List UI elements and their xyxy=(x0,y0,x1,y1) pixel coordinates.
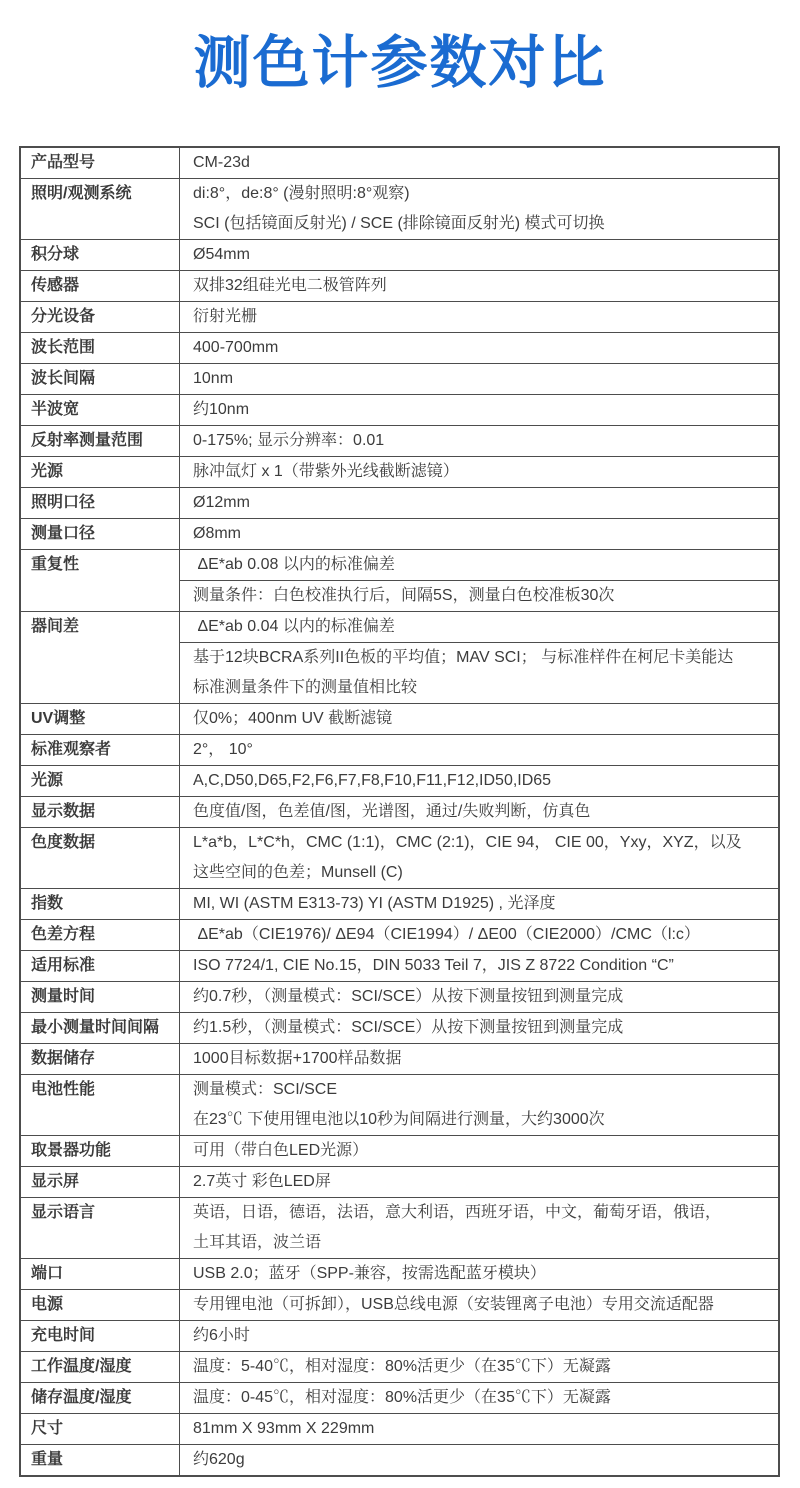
spec-value-line: 约6小时 xyxy=(180,1321,778,1351)
spec-value-cell: 双排32组硅光电二极管阵列 xyxy=(180,271,778,301)
spec-label: 反射率测量范围 xyxy=(21,426,180,456)
spec-value-line: 专用锂电池（可拆卸），USB总线电源（安装锂离子电池）专用交流适配器 xyxy=(180,1290,778,1320)
spec-value-line: L*a*b，L*C*h，CMC (1:1)，CMC (2:1)，CIE 94， … xyxy=(180,828,778,858)
spec-value-line: MI, WI (ASTM E313-73) YI (ASTM D1925) , … xyxy=(180,889,778,919)
spec-row: 测量时间约0.7秒，（测量模式：SCI/SCE）从按下测量按钮到测量完成 xyxy=(21,982,778,1013)
spec-label: 半波宽 xyxy=(21,395,180,425)
spec-value-line: 约10nm xyxy=(180,395,778,425)
spec-label: 色差方程 xyxy=(21,920,180,950)
spec-value-group: 仅0%；400nm UV 截断滤镜 xyxy=(180,704,778,734)
spec-value-line: Ø8mm xyxy=(180,519,778,549)
spec-value-line: ΔE*ab（CIE1976)/ ΔE94（CIE1994）/ ΔE00（CIE2… xyxy=(180,920,778,950)
spec-row: 显示语言英语，日语，德语，法语，意大利语，西班牙语，中文，葡萄牙语，俄语，土耳其… xyxy=(21,1198,778,1259)
spec-row: 积分球Ø54mm xyxy=(21,240,778,271)
spec-row: 取景器功能可用（带白色LED光源） xyxy=(21,1136,778,1167)
spec-value-group: L*a*b，L*C*h，CMC (1:1)，CMC (2:1)，CIE 94， … xyxy=(180,828,778,888)
spec-value-group: 可用（带白色LED光源） xyxy=(180,1136,778,1166)
spec-value-group: 色度值/图，色差值/图，光谱图，通过/失败判断，仿真色 xyxy=(180,797,778,827)
spec-value-line: 2°， 10° xyxy=(180,735,778,765)
spec-label: 波长间隔 xyxy=(21,364,180,394)
spec-row: 测量口径Ø8mm xyxy=(21,519,778,550)
spec-table: 产品型号CM-23d照明/观测系统di:8°，de:8° (漫射照明:8°观察)… xyxy=(19,146,780,1477)
spec-value-cell: 10nm xyxy=(180,364,778,394)
spec-value-group: 10nm xyxy=(180,364,778,394)
spec-value-cell: 专用锂电池（可拆卸），USB总线电源（安装锂离子电池）专用交流适配器 xyxy=(180,1290,778,1320)
spec-value-group: Ø8mm xyxy=(180,519,778,549)
spec-value-line: A,C,D50,D65,F2,F6,F7,F8,F10,F11,F12,ID50… xyxy=(180,766,778,796)
spec-row: 分光设备衍射光栅 xyxy=(21,302,778,333)
spec-value-line: 标准测量条件下的测量值相比较 xyxy=(180,673,778,703)
spec-label: 电池性能 xyxy=(21,1075,180,1135)
spec-value-cell: 2.7英寸 彩色LED屏 xyxy=(180,1167,778,1197)
spec-value-group: 1000目标数据+1700样品数据 xyxy=(180,1044,778,1074)
spec-value-line: 约1.5秒，（测量模式：SCI/SCE）从按下测量按钮到测量完成 xyxy=(180,1013,778,1043)
spec-value-line: 可用（带白色LED光源） xyxy=(180,1136,778,1166)
spec-value-line: 脉冲氙灯 x 1（带紫外光线截断滤镜） xyxy=(180,457,778,487)
spec-value-line: CM-23d xyxy=(180,148,778,178)
spec-label: 产品型号 xyxy=(21,148,180,178)
spec-value-cell: 可用（带白色LED光源） xyxy=(180,1136,778,1166)
spec-value-cell: CM-23d xyxy=(180,148,778,178)
spec-value-group: 400-700mm xyxy=(180,333,778,363)
spec-value-cell: 测量条件：白色校准执行后，间隔5S，测量白色校准板30次 xyxy=(180,581,778,611)
spec-value-cell: 400-700mm xyxy=(180,333,778,363)
spec-value-cell: 测量模式：SCI/SCE在23℃ 下使用锂电池以10秒为间隔进行测量，大约300… xyxy=(180,1075,778,1135)
spec-row: 照明/观测系统di:8°，de:8° (漫射照明:8°观察)SCI (包括镜面反… xyxy=(21,179,778,240)
spec-value-cell: L*a*b，L*C*h，CMC (1:1)，CMC (2:1)，CIE 94， … xyxy=(180,828,778,888)
spec-value-cell: di:8°，de:8° (漫射照明:8°观察)SCI (包括镜面反射光) / S… xyxy=(180,179,778,239)
spec-value-group: ΔE*ab（CIE1976)/ ΔE94（CIE1994）/ ΔE00（CIE2… xyxy=(180,920,778,950)
spec-value-cell: 81mm X 93mm X 229mm xyxy=(180,1414,778,1444)
spec-row: 数据储存1000目标数据+1700样品数据 xyxy=(21,1044,778,1075)
spec-value-cell: 温度：0-45℃，相对湿度：80%活更少（在35℃下）无凝露 xyxy=(180,1383,778,1413)
spec-label: 光源 xyxy=(21,766,180,796)
spec-value-line: SCI (包括镜面反射光) / SCE (排除镜面反射光) 模式可切换 xyxy=(180,209,778,239)
spec-row: UV调整仅0%；400nm UV 截断滤镜 xyxy=(21,704,778,735)
spec-value-line: 土耳其语，波兰语 xyxy=(180,1228,778,1258)
spec-label: 色度数据 xyxy=(21,828,180,888)
spec-value-cell: USB 2.0；蓝牙（SPP-兼容，按需选配蓝牙模块） xyxy=(180,1259,778,1289)
spec-value-line: 仅0%；400nm UV 截断滤镜 xyxy=(180,704,778,734)
spec-value-cell: 仅0%；400nm UV 截断滤镜 xyxy=(180,704,778,734)
spec-label: 尺寸 xyxy=(21,1414,180,1444)
spec-value-group: 衍射光栅 xyxy=(180,302,778,332)
spec-value-line: Ø12mm xyxy=(180,488,778,518)
spec-value-group: 约0.7秒，（测量模式：SCI/SCE）从按下测量按钮到测量完成 xyxy=(180,982,778,1012)
spec-row: 产品型号CM-23d xyxy=(21,148,778,179)
spec-value-cell: 约6小时 xyxy=(180,1321,778,1351)
spec-value-line: 400-700mm xyxy=(180,333,778,363)
spec-label: 波长范围 xyxy=(21,333,180,363)
spec-value-group: 约620g xyxy=(180,1445,778,1475)
spec-value-group: USB 2.0；蓝牙（SPP-兼容，按需选配蓝牙模块） xyxy=(180,1259,778,1289)
spec-label: 显示屏 xyxy=(21,1167,180,1197)
spec-value-cell: 基于12块BCRA系列II色板的平均值；MAV SCI； 与标准样件在柯尼卡美能… xyxy=(180,643,778,703)
spec-value-line: 英语，日语，德语，法语，意大利语，西班牙语，中文，葡萄牙语，俄语， xyxy=(180,1198,778,1228)
spec-value-line: 81mm X 93mm X 229mm xyxy=(180,1414,778,1444)
spec-label: 测量口径 xyxy=(21,519,180,549)
spec-value-group: ΔE*ab 0.08 以内的标准偏差测量条件：白色校准执行后，间隔5S，测量白色… xyxy=(180,550,778,611)
spec-label: 储存温度/湿度 xyxy=(21,1383,180,1413)
spec-value-group: 2.7英寸 彩色LED屏 xyxy=(180,1167,778,1197)
spec-label: 积分球 xyxy=(21,240,180,270)
spec-label: 测量时间 xyxy=(21,982,180,1012)
spec-value-cell: Ø8mm xyxy=(180,519,778,549)
spec-row: 光源脉冲氙灯 x 1（带紫外光线截断滤镜） xyxy=(21,457,778,488)
spec-value-cell: 约0.7秒，（测量模式：SCI/SCE）从按下测量按钮到测量完成 xyxy=(180,982,778,1012)
spec-value-cell: 1000目标数据+1700样品数据 xyxy=(180,1044,778,1074)
spec-value-line: 衍射光栅 xyxy=(180,302,778,332)
spec-row: 工作温度/湿度温度：5-40℃，相对湿度：80%活更少（在35℃下）无凝露 xyxy=(21,1352,778,1383)
spec-row: 器间差 ΔE*ab 0.04 以内的标准偏差基于12块BCRA系列II色板的平均… xyxy=(21,612,778,704)
spec-value-line: 温度：5-40℃，相对湿度：80%活更少（在35℃下）无凝露 xyxy=(180,1352,778,1382)
spec-value-line: 在23℃ 下使用锂电池以10秒为间隔进行测量，大约3000次 xyxy=(180,1105,778,1135)
page-title: 测色计参数对比 xyxy=(0,0,800,96)
spec-value-group: Ø54mm xyxy=(180,240,778,270)
spec-value-group: 81mm X 93mm X 229mm xyxy=(180,1414,778,1444)
spec-value-group: ΔE*ab 0.04 以内的标准偏差基于12块BCRA系列II色板的平均值；MA… xyxy=(180,612,778,703)
spec-label: 标准观察者 xyxy=(21,735,180,765)
spec-value-cell: Ø12mm xyxy=(180,488,778,518)
spec-label: 取景器功能 xyxy=(21,1136,180,1166)
spec-label: 工作温度/湿度 xyxy=(21,1352,180,1382)
spec-row: 电池性能测量模式：SCI/SCE在23℃ 下使用锂电池以10秒为间隔进行测量，大… xyxy=(21,1075,778,1136)
spec-label: 分光设备 xyxy=(21,302,180,332)
spec-value-group: 英语，日语，德语，法语，意大利语，西班牙语，中文，葡萄牙语，俄语，土耳其语，波兰… xyxy=(180,1198,778,1258)
spec-label: 传感器 xyxy=(21,271,180,301)
spec-label: 电源 xyxy=(21,1290,180,1320)
spec-value-group: 约1.5秒，（测量模式：SCI/SCE）从按下测量按钮到测量完成 xyxy=(180,1013,778,1043)
spec-value-line: 1000目标数据+1700样品数据 xyxy=(180,1044,778,1074)
spec-value-line: 色度值/图，色差值/图，光谱图，通过/失败判断，仿真色 xyxy=(180,797,778,827)
spec-value-line: 2.7英寸 彩色LED屏 xyxy=(180,1167,778,1197)
spec-value-cell: ΔE*ab 0.04 以内的标准偏差 xyxy=(180,612,778,643)
spec-label: 照明/观测系统 xyxy=(21,179,180,239)
spec-row: 最小测量时间间隔约1.5秒，（测量模式：SCI/SCE）从按下测量按钮到测量完成 xyxy=(21,1013,778,1044)
spec-value-group: di:8°，de:8° (漫射照明:8°观察)SCI (包括镜面反射光) / S… xyxy=(180,179,778,239)
spec-label: 最小测量时间间隔 xyxy=(21,1013,180,1043)
spec-value-group: A,C,D50,D65,F2,F6,F7,F8,F10,F11,F12,ID50… xyxy=(180,766,778,796)
spec-value-line: 测量条件：白色校准执行后，间隔5S，测量白色校准板30次 xyxy=(180,581,778,611)
spec-label: 重复性 xyxy=(21,550,180,611)
spec-row: 标准观察者2°， 10° xyxy=(21,735,778,766)
spec-row: 重复性 ΔE*ab 0.08 以内的标准偏差测量条件：白色校准执行后，间隔5S，… xyxy=(21,550,778,612)
spec-label: UV调整 xyxy=(21,704,180,734)
spec-value-line: 测量模式：SCI/SCE xyxy=(180,1075,778,1105)
spec-value-line: 约620g xyxy=(180,1445,778,1475)
spec-row: 波长范围400-700mm xyxy=(21,333,778,364)
spec-value-group: 测量模式：SCI/SCE在23℃ 下使用锂电池以10秒为间隔进行测量，大约300… xyxy=(180,1075,778,1135)
spec-value-group: 0-175%; 显示分辨率：0.01 xyxy=(180,426,778,456)
spec-label: 指数 xyxy=(21,889,180,919)
spec-value-line: 温度：0-45℃，相对湿度：80%活更少（在35℃下）无凝露 xyxy=(180,1383,778,1413)
spec-value-cell: ISO 7724/1, CIE No.15，DIN 5033 Teil 7，JI… xyxy=(180,951,778,981)
spec-row: 色度数据L*a*b，L*C*h，CMC (1:1)，CMC (2:1)，CIE … xyxy=(21,828,778,889)
spec-row: 储存温度/湿度温度：0-45℃，相对湿度：80%活更少（在35℃下）无凝露 xyxy=(21,1383,778,1414)
spec-row: 照明口径Ø12mm xyxy=(21,488,778,519)
spec-row: 适用标准ISO 7724/1, CIE No.15，DIN 5033 Teil … xyxy=(21,951,778,982)
spec-value-group: ISO 7724/1, CIE No.15，DIN 5033 Teil 7，JI… xyxy=(180,951,778,981)
spec-value-cell: MI, WI (ASTM E313-73) YI (ASTM D1925) , … xyxy=(180,889,778,919)
spec-row: 传感器双排32组硅光电二极管阵列 xyxy=(21,271,778,302)
spec-value-group: 2°， 10° xyxy=(180,735,778,765)
spec-value-cell: 脉冲氙灯 x 1（带紫外光线截断滤镜） xyxy=(180,457,778,487)
spec-row: 半波宽约10nm xyxy=(21,395,778,426)
spec-value-group: MI, WI (ASTM E313-73) YI (ASTM D1925) , … xyxy=(180,889,778,919)
spec-value-group: 专用锂电池（可拆卸），USB总线电源（安装锂离子电池）专用交流适配器 xyxy=(180,1290,778,1320)
spec-value-cell: Ø54mm xyxy=(180,240,778,270)
spec-value-line: ISO 7724/1, CIE No.15，DIN 5033 Teil 7，JI… xyxy=(180,951,778,981)
spec-value-cell: 约1.5秒，（测量模式：SCI/SCE）从按下测量按钮到测量完成 xyxy=(180,1013,778,1043)
spec-row: 充电时间约6小时 xyxy=(21,1321,778,1352)
spec-value-line: ΔE*ab 0.08 以内的标准偏差 xyxy=(180,550,778,580)
spec-value-group: 约10nm xyxy=(180,395,778,425)
spec-row: 指数MI, WI (ASTM E313-73) YI (ASTM D1925) … xyxy=(21,889,778,920)
spec-label: 照明口径 xyxy=(21,488,180,518)
spec-value-cell: ΔE*ab（CIE1976)/ ΔE94（CIE1994）/ ΔE00（CIE2… xyxy=(180,920,778,950)
spec-value-group: 温度：0-45℃，相对湿度：80%活更少（在35℃下）无凝露 xyxy=(180,1383,778,1413)
spec-value-group: 脉冲氙灯 x 1（带紫外光线截断滤镜） xyxy=(180,457,778,487)
spec-row: 重量约620g xyxy=(21,1445,778,1475)
spec-value-line: di:8°，de:8° (漫射照明:8°观察) xyxy=(180,179,778,209)
spec-row: 尺寸81mm X 93mm X 229mm xyxy=(21,1414,778,1445)
spec-value-group: CM-23d xyxy=(180,148,778,178)
spec-value-line: 约0.7秒，（测量模式：SCI/SCE）从按下测量按钮到测量完成 xyxy=(180,982,778,1012)
spec-value-group: 双排32组硅光电二极管阵列 xyxy=(180,271,778,301)
spec-value-line: 基于12块BCRA系列II色板的平均值；MAV SCI； 与标准样件在柯尼卡美能… xyxy=(180,643,778,673)
spec-value-cell: 约620g xyxy=(180,1445,778,1475)
spec-value-cell: 0-175%; 显示分辨率：0.01 xyxy=(180,426,778,456)
spec-row: 光源A,C,D50,D65,F2,F6,F7,F8,F10,F11,F12,ID… xyxy=(21,766,778,797)
spec-value-line: USB 2.0；蓝牙（SPP-兼容，按需选配蓝牙模块） xyxy=(180,1259,778,1289)
spec-value-line: ΔE*ab 0.04 以内的标准偏差 xyxy=(180,612,778,642)
spec-label: 重量 xyxy=(21,1445,180,1475)
spec-label: 充电时间 xyxy=(21,1321,180,1351)
spec-value-line: Ø54mm xyxy=(180,240,778,270)
spec-row: 显示数据色度值/图，色差值/图，光谱图，通过/失败判断，仿真色 xyxy=(21,797,778,828)
spec-value-cell: 温度：5-40℃，相对湿度：80%活更少（在35℃下）无凝露 xyxy=(180,1352,778,1382)
spec-label: 端口 xyxy=(21,1259,180,1289)
spec-label: 光源 xyxy=(21,457,180,487)
spec-value-group: Ø12mm xyxy=(180,488,778,518)
spec-value-cell: 约10nm xyxy=(180,395,778,425)
spec-value-cell: ΔE*ab 0.08 以内的标准偏差 xyxy=(180,550,778,581)
spec-label: 显示数据 xyxy=(21,797,180,827)
spec-row: 电源专用锂电池（可拆卸），USB总线电源（安装锂离子电池）专用交流适配器 xyxy=(21,1290,778,1321)
spec-row: 色差方程 ΔE*ab（CIE1976)/ ΔE94（CIE1994）/ ΔE00… xyxy=(21,920,778,951)
spec-value-group: 温度：5-40℃，相对湿度：80%活更少（在35℃下）无凝露 xyxy=(180,1352,778,1382)
spec-row: 反射率测量范围0-175%; 显示分辨率：0.01 xyxy=(21,426,778,457)
spec-value-cell: 色度值/图，色差值/图，光谱图，通过/失败判断，仿真色 xyxy=(180,797,778,827)
spec-value-line: 0-175%; 显示分辨率：0.01 xyxy=(180,426,778,456)
spec-value-cell: 英语，日语，德语，法语，意大利语，西班牙语，中文，葡萄牙语，俄语，土耳其语，波兰… xyxy=(180,1198,778,1258)
spec-row: 波长间隔10nm xyxy=(21,364,778,395)
spec-page: 测色计参数对比 产品型号CM-23d照明/观测系统di:8°，de:8° (漫射… xyxy=(0,0,800,1488)
spec-value-cell: A,C,D50,D65,F2,F6,F7,F8,F10,F11,F12,ID50… xyxy=(180,766,778,796)
spec-row: 显示屏2.7英寸 彩色LED屏 xyxy=(21,1167,778,1198)
spec-value-cell: 衍射光栅 xyxy=(180,302,778,332)
spec-value-line: 双排32组硅光电二极管阵列 xyxy=(180,271,778,301)
spec-row: 端口USB 2.0；蓝牙（SPP-兼容，按需选配蓝牙模块） xyxy=(21,1259,778,1290)
spec-value-group: 约6小时 xyxy=(180,1321,778,1351)
spec-value-line: 这些空间的色差；Munsell (C) xyxy=(180,858,778,888)
spec-label: 数据储存 xyxy=(21,1044,180,1074)
spec-label: 显示语言 xyxy=(21,1198,180,1258)
spec-value-line: 10nm xyxy=(180,364,778,394)
spec-label: 适用标准 xyxy=(21,951,180,981)
spec-value-cell: 2°， 10° xyxy=(180,735,778,765)
spec-label: 器间差 xyxy=(21,612,180,703)
